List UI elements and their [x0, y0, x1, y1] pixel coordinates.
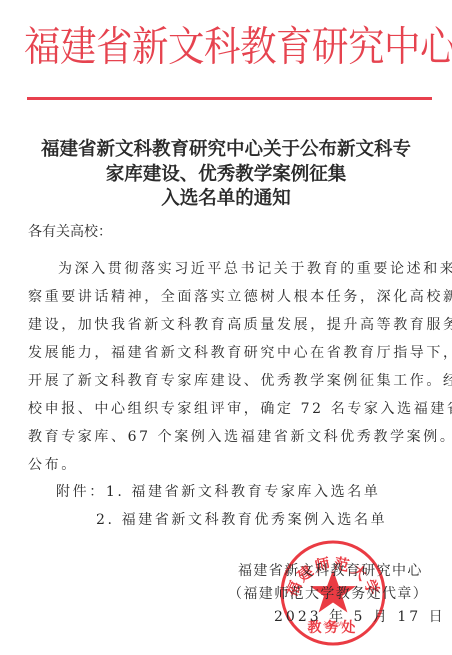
attachments-list: 附件：1. 福建省新文科教育专家库入选名单 2. 福建省新文科教育优秀案例入选名…: [56, 478, 387, 534]
masthead-title: 福建省新文科教育研究中心: [24, 20, 434, 74]
salutation: 各有关高校：: [28, 222, 112, 242]
attachment-1-text: 1. 福建省新文科教育专家库入选名单: [106, 484, 381, 500]
attachments-label: 附件：: [56, 484, 106, 500]
signature-seal-note: （福建师范大学教务处代章）: [228, 583, 438, 606]
attachment-item-2: 2. 福建省新文科教育优秀案例入选名单: [56, 506, 387, 534]
attachment-item-1: 附件：1. 福建省新文科教育专家库入选名单: [56, 478, 387, 506]
body-line: 察重要讲话精神，全面落实立德树人根本任务，深化高校新文科: [28, 283, 413, 311]
red-divider: [27, 97, 432, 100]
body-line: 发展能力，福建省新文科教育研究中心在省教育厅指导下，组织: [28, 339, 413, 367]
body-line: 为深入贯彻落实习近平总书记关于教育的重要论述和来闽考: [28, 255, 413, 283]
body-line: 校申报、中心组织专家组评审，确定 72 名专家入选福建省新文科: [28, 395, 413, 423]
body-line: 公布。: [28, 451, 413, 479]
title-line-3: 入选名单的通知: [0, 187, 452, 212]
title-line-2: 家库建设、优秀教学案例征集: [0, 163, 452, 188]
body-line: 教育专家库、67 个案例入选福建省新文科优秀教学案例。现予以: [28, 423, 413, 451]
signature-date: 2023 年 5 月 17 日: [228, 606, 438, 629]
body-paragraph: 为深入贯彻落实习近平总书记关于教育的重要论述和来闽考 察重要讲话精神，全面落实立…: [28, 255, 413, 479]
title-line-1: 福建省新文科教育研究中心关于公布新文科专: [0, 138, 452, 163]
signature-org: 福建省新文科教育研究中心: [228, 560, 438, 583]
signature-block: 福建省新文科教育研究中心 （福建师范大学教务处代章） 2023 年 5 月 17…: [228, 560, 438, 629]
body-line: 建设，加快我省新文科教育高质量发展，提升高等教育服务创新: [28, 311, 413, 339]
body-line: 开展了新文科教育专家库建设、优秀教学案例征集工作。经各高: [28, 367, 413, 395]
document-title: 福建省新文科教育研究中心关于公布新文科专 家库建设、优秀教学案例征集 入选名单的…: [0, 138, 452, 212]
